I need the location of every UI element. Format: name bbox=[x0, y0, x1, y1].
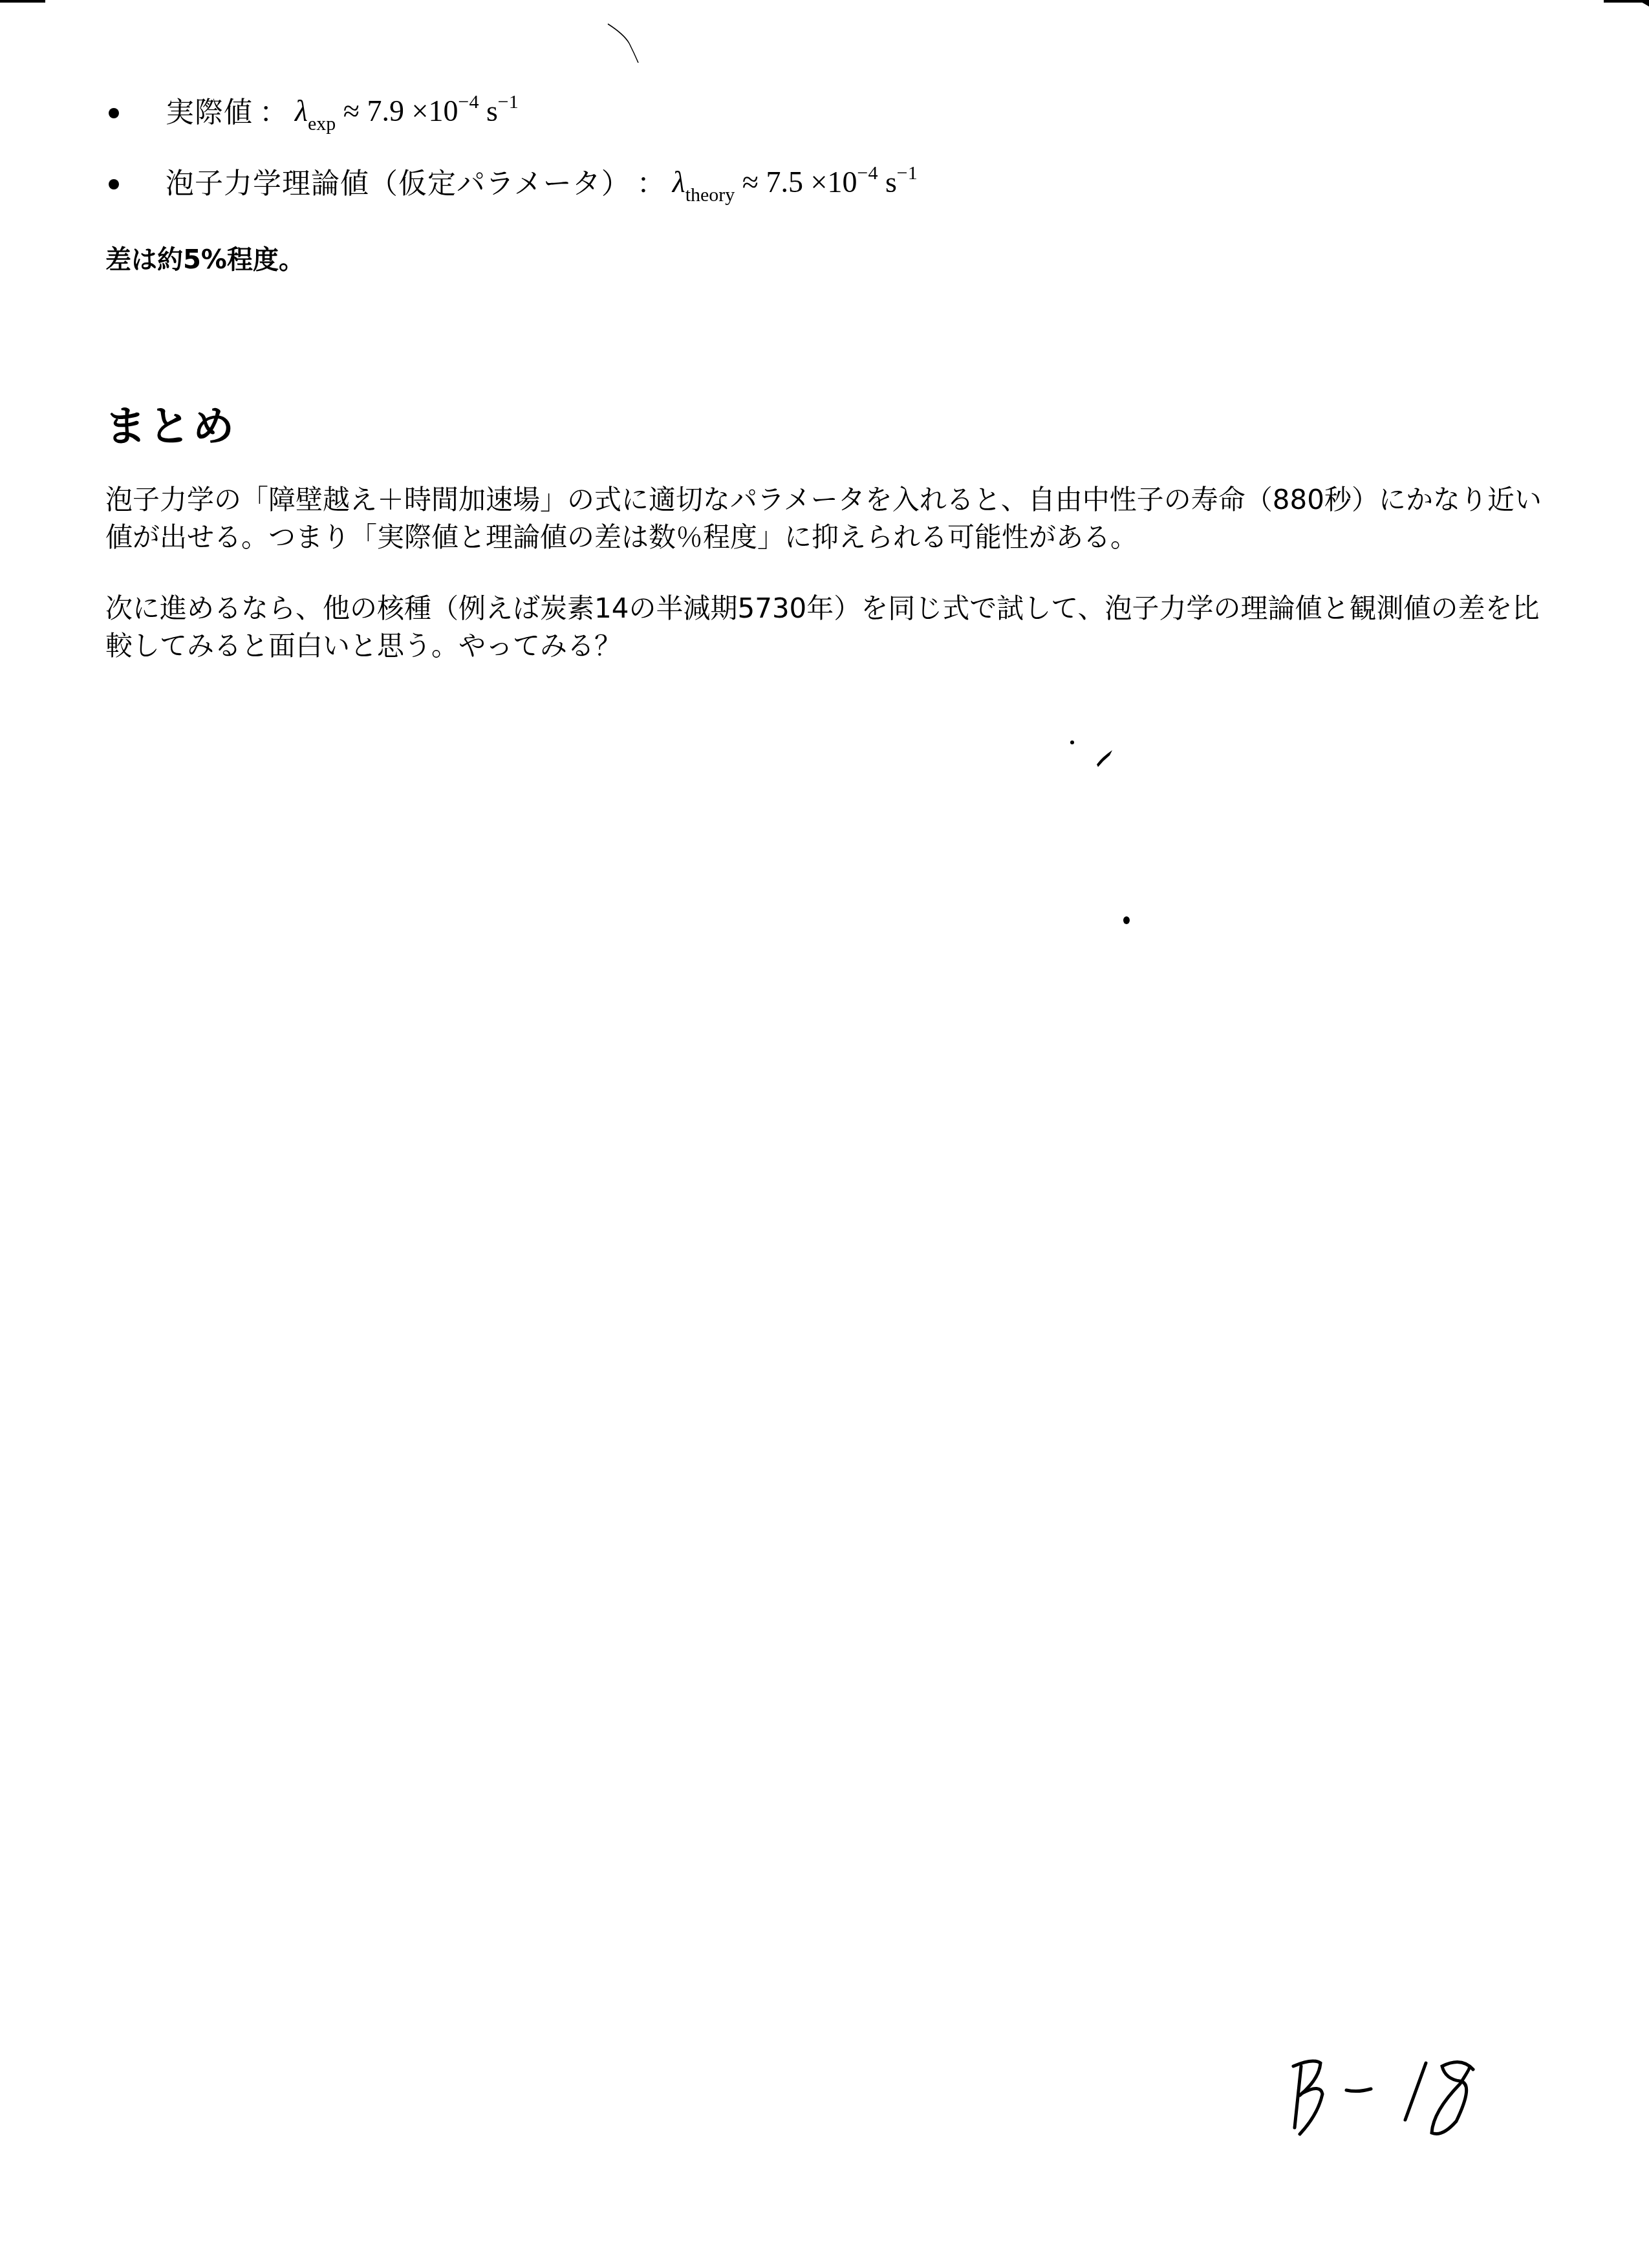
item-colon: ： bbox=[637, 170, 666, 199]
exponent: −4 bbox=[857, 162, 878, 184]
symbol: λ bbox=[295, 94, 308, 127]
base: 10 bbox=[827, 166, 857, 199]
bullet-icon bbox=[109, 179, 119, 189]
subscript: theory bbox=[685, 184, 735, 206]
scan-edge-artifact bbox=[0, 0, 45, 3]
bullet-icon bbox=[109, 108, 119, 118]
summary-paragraph: 次に進めるなら、他の核種（例えば炭素14の半減期5730年）を同じ式で試して、泡… bbox=[105, 590, 1547, 665]
handwritten-page-label: B-18 bbox=[1287, 2050, 1507, 2166]
times-sign: × bbox=[811, 166, 828, 199]
item-label: 実際値 bbox=[166, 99, 253, 127]
list-item-experimental-value: 実際値 ： λexp ≈ 7.9 ×10−4 s−1 bbox=[103, 78, 918, 149]
summary-paragraph: 泡子力学の「障壁越え＋時間加速場」の式に適切なパラメータを入れると、自由中性子の… bbox=[105, 481, 1547, 556]
exponent: −4 bbox=[458, 91, 479, 113]
list-item-theory-value: 泡子力学理論値（仮定パラメータ） ： λtheory ≈ 7.5 ×10−4 s… bbox=[103, 149, 918, 220]
unit-exponent: −1 bbox=[897, 162, 918, 184]
mantissa: 7.9 bbox=[367, 94, 405, 127]
stray-dot bbox=[1122, 915, 1131, 925]
stray-pen-mark bbox=[605, 23, 643, 65]
base: 10 bbox=[428, 94, 458, 127]
mantissa: 7.5 bbox=[766, 166, 804, 199]
scanned-page: 実際値 ： λexp ≈ 7.9 ×10−4 s−1 泡子力学理論値（仮定パラメ… bbox=[0, 0, 1649, 2268]
symbol: λ bbox=[673, 166, 685, 199]
item-label: 泡子力学理論値（仮定パラメータ） bbox=[166, 170, 630, 199]
times-sign: × bbox=[412, 94, 429, 127]
results-list: 実際値 ： λexp ≈ 7.9 ×10−4 s−1 泡子力学理論値（仮定パラメ… bbox=[103, 78, 918, 220]
unit-exponent: −1 bbox=[498, 91, 519, 113]
section-heading-summary: まとめ bbox=[105, 393, 237, 453]
stray-pen-mark bbox=[1067, 737, 1119, 776]
approx-sign: ≈ bbox=[343, 94, 360, 127]
formula-lambda-exp: λexp ≈ 7.9 ×10−4 s−1 bbox=[295, 92, 519, 134]
approx-sign: ≈ bbox=[742, 166, 759, 199]
unit: s bbox=[486, 94, 498, 127]
unit: s bbox=[885, 166, 897, 199]
scan-edge-artifact bbox=[1604, 0, 1649, 6]
difference-note: 差は約5%程度。 bbox=[105, 239, 305, 276]
formula-lambda-theory: λtheory ≈ 7.5 ×10−4 s−1 bbox=[673, 164, 918, 205]
item-colon: ： bbox=[259, 99, 288, 127]
subscript: exp bbox=[308, 113, 336, 135]
